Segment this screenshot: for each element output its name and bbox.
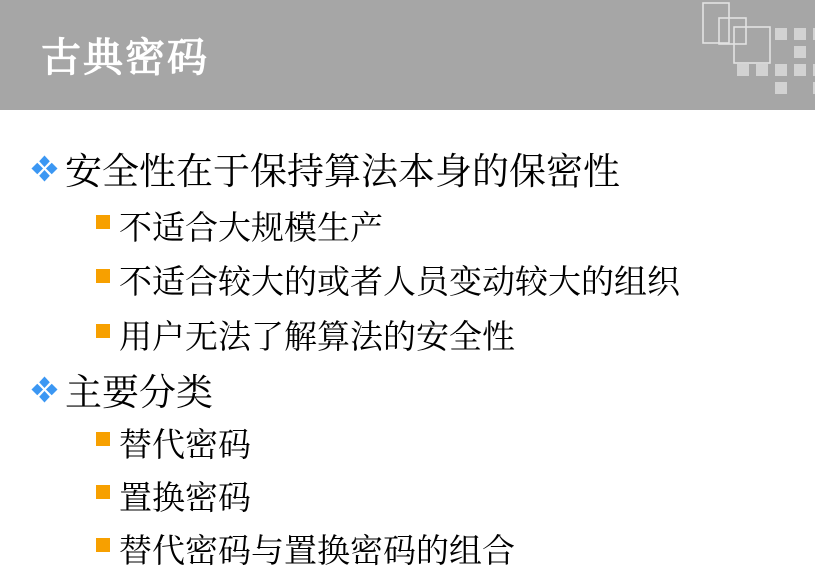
bullet-text: 置换密码 [119,472,251,519]
bullet-item: 替代密码与置换密码的组合 [0,522,515,574]
bullet-text: 安全性在于保持算法本身的保密性 [65,141,620,195]
bullet-item: 置换密码 [0,469,251,521]
bullet-item: 安全性在于保持算法本身的保密性 [0,141,620,195]
bullet-text: 替代密码与置换密码的组合 [119,525,515,572]
four-diamonds-icon [31,376,58,403]
bullet-text: 不适合较大的或者人员变动较大的组织 [119,256,680,303]
bullet-text: 主要分类 [65,362,213,416]
bullet-text: 不适合大规模生产 [119,202,383,249]
slide-header-bar: 古典密码 [0,0,815,110]
bullet-item: 不适合较大的或者人员变动较大的组织 [0,253,680,305]
square-bullet-icon [96,485,110,499]
squares-decoration-icon [695,0,815,110]
bullet-item: 不适合大规模生产 [0,199,383,251]
slide-title: 古典密码 [41,26,209,83]
bullet-text: 用户无法了解算法的安全性 [119,311,515,358]
square-bullet-icon [96,269,110,283]
bullet-item: 替代密码 [0,416,251,468]
bullet-item: 用户无法了解算法的安全性 [0,308,515,360]
slide-body: 安全性在于保持算法本身的保密性 不适合大规模生产 不适合较大的或者人员变动较大的… [0,110,815,577]
square-bullet-icon [96,215,110,229]
bullet-text: 替代密码 [119,419,251,466]
bullet-item: 主要分类 [0,362,213,416]
square-bullet-icon [96,538,110,552]
square-bullet-icon [96,324,110,338]
four-diamonds-icon [31,155,58,182]
presentation-slide: 古典密码 [0,0,815,577]
square-bullet-icon [96,432,110,446]
